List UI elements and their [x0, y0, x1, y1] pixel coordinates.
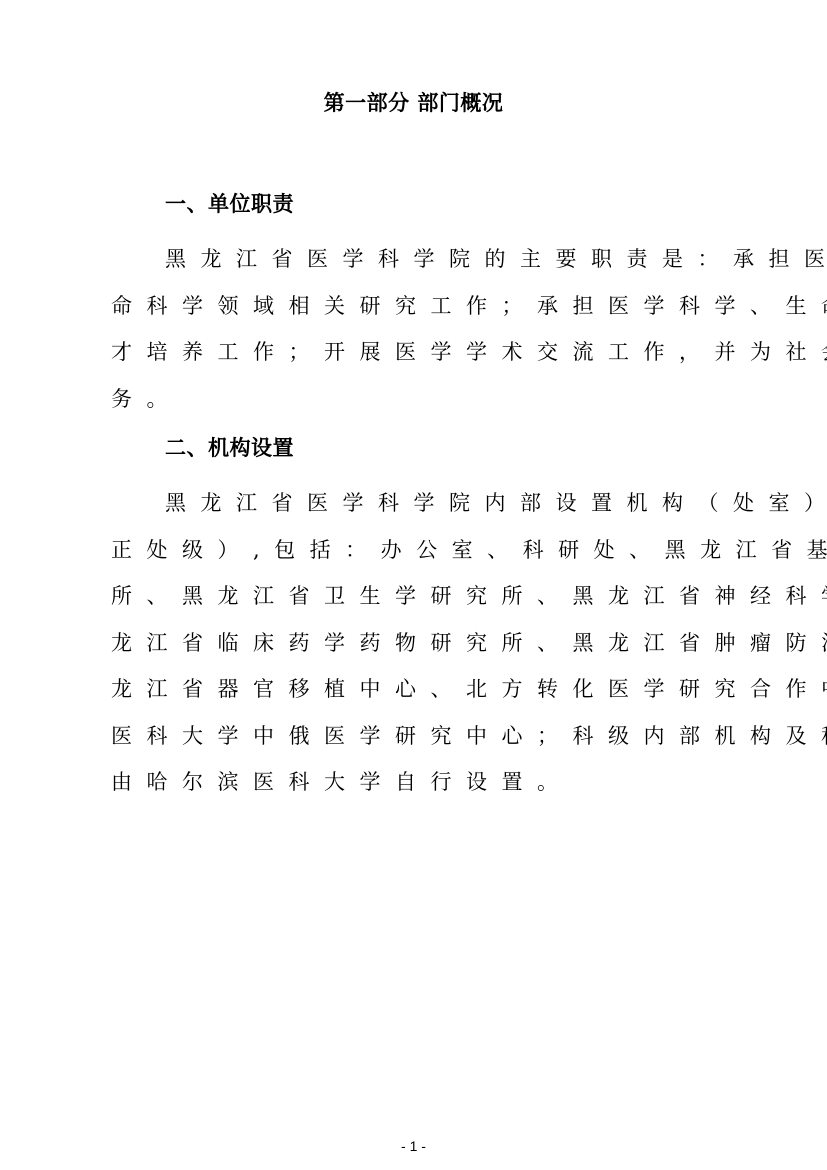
organization-paragraph: 黑龙江省医学科学院内部设置机构（处室）10个（均为 正处级）,包括：办公室、科研… [111, 480, 731, 806]
paragraph-line: 黑龙江省医学科学院内部设置机构（处室）10个（均为 [111, 480, 731, 527]
paragraph-line: 黑龙江省医学科学院的主要职责是：承担医学科学、生 [111, 236, 731, 283]
paragraph-line: 龙江省临床药学药物研究所、黑龙江省肿瘤防治研究所、黑 [111, 620, 731, 667]
paragraph-line: 命科学领域相关研究工作；承担医学科学、生命科学领域人 [111, 283, 731, 330]
paragraph-line: 由哈尔滨医科大学自行设置。 [111, 759, 731, 806]
paragraph-line: 所、黑龙江省卫生学研究所、黑龙江省神经科学研究所、黑 [111, 573, 731, 620]
paragraph-line: 正处级）,包括：办公室、科研处、黑龙江省基础医学研究 [111, 527, 731, 574]
duties-paragraph: 黑龙江省医学科学院的主要职责是：承担医学科学、生 命科学领域相关研究工作；承担医… [111, 236, 731, 422]
section-heading-organization: 二、机构设置 [165, 433, 294, 463]
page-number: - 1 - [0, 1136, 827, 1156]
page-title: 第一部分 部门概况 [0, 88, 827, 118]
paragraph-line: 龙江省器官移植中心、北方转化医学研究合作中心、哈尔滨 [111, 666, 731, 713]
section-heading-duties: 一、单位职责 [165, 189, 294, 219]
paragraph-line: 才培养工作；开展医学学术交流工作，并为社会提供相关服 [111, 329, 731, 376]
paragraph-line: 务。 [111, 376, 731, 423]
document-page: 第一部分 部门概况 一、单位职责 黑龙江省医学科学院的主要职责是：承担医学科学、… [0, 0, 827, 1170]
paragraph-line: 医科大学中俄医学研究中心；科级内部机构及科级领导职数 [111, 713, 731, 760]
